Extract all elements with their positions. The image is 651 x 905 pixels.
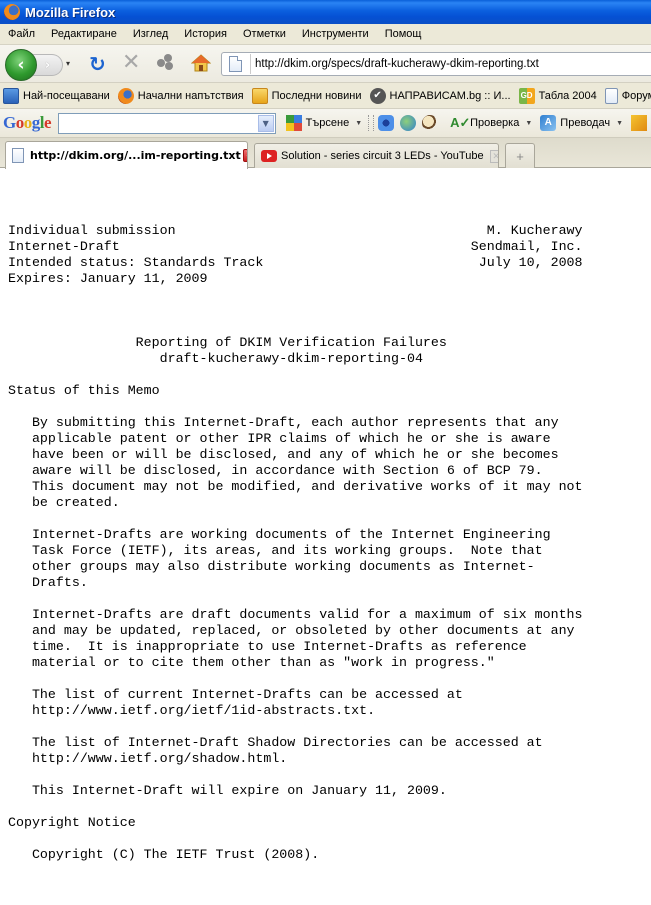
- page-content: Individual submission M. KucherawyIntern…: [0, 169, 651, 905]
- tab-bar: http://dkim.org/...im-reporting.txt ✕ So…: [0, 138, 651, 168]
- section-heading: Status of this Memo: [8, 383, 583, 399]
- paragraph-line: time. It is inappropriate to use Interne…: [8, 639, 583, 655]
- header-line: Expires: January 11, 2009: [8, 271, 583, 287]
- menu-file[interactable]: Файл: [3, 28, 40, 40]
- globe-icon: [400, 115, 416, 131]
- dropdown-arrow-icon[interactable]: ▼: [616, 120, 623, 127]
- rss-icon: [252, 88, 268, 104]
- forward-button[interactable]: ›: [33, 54, 63, 76]
- home-icon[interactable]: [191, 53, 211, 73]
- globe-button[interactable]: [400, 115, 420, 131]
- blank-line: [8, 511, 583, 527]
- close-tab-icon[interactable]: ✕: [243, 149, 248, 162]
- bookmark-tabla-2004[interactable]: GDТабла 2004: [519, 88, 597, 104]
- spell-check-button[interactable]: A✓Проверка▼: [450, 115, 532, 131]
- firefox-icon: [118, 88, 134, 104]
- blank-line: [8, 367, 583, 383]
- dropdown-arrow-icon[interactable]: ▼: [355, 120, 362, 127]
- menu-history[interactable]: История: [179, 28, 232, 40]
- paragraph-line: The list of current Internet-Drafts can …: [8, 687, 583, 703]
- spellcheck-icon: A✓: [450, 115, 466, 131]
- window-title: Mozilla Firefox: [25, 5, 115, 20]
- bookmark-forums[interactable]: Форуми: [605, 88, 651, 104]
- paragraph-line: Internet-Drafts are working documents of…: [8, 527, 583, 543]
- paragraph-line: This document may not be modified, and d…: [8, 479, 583, 495]
- menu-help[interactable]: Помощ: [380, 28, 427, 40]
- magnifier-button[interactable]: [422, 115, 442, 131]
- paragraph-line: The list of Internet-Draft Shadow Direct…: [8, 735, 583, 751]
- gd-icon: GD: [519, 88, 535, 104]
- menu-bookmarks[interactable]: Отметки: [238, 28, 291, 40]
- bookmark-getting-started[interactable]: Начални напътствия: [118, 88, 244, 104]
- menu-bar: Файл Редактиране Изглед История Отметки …: [0, 24, 651, 45]
- page-icon: [229, 56, 242, 72]
- toolbar-grip[interactable]: [368, 115, 374, 131]
- paragraph-line: other groups may also distribute working…: [8, 559, 583, 575]
- dropdown-arrow-icon[interactable]: ▼: [525, 120, 532, 127]
- chevron-down-icon[interactable]: ▼: [258, 115, 274, 132]
- translate-button[interactable]: AПреводач▼: [540, 115, 623, 131]
- google-logo[interactable]: Google: [3, 113, 54, 133]
- menu-tools[interactable]: Инструменти: [297, 28, 374, 40]
- page-icon: [605, 88, 618, 104]
- paragraph-line: This Internet-Draft will expire on Janua…: [8, 783, 583, 799]
- stop-icon[interactable]: ✕: [122, 52, 140, 74]
- back-button[interactable]: ‹: [5, 49, 37, 81]
- tab-dkim-reporting[interactable]: http://dkim.org/...im-reporting.txt ✕: [5, 141, 248, 169]
- paragraph-line: be created.: [8, 495, 583, 511]
- bookmark-most-visited[interactable]: Най-посещавани: [3, 88, 110, 104]
- tab-title: Solution - series circuit 3 LEDs - YouTu…: [281, 150, 484, 162]
- bookmark-latest-headlines[interactable]: Последни новини: [252, 88, 362, 104]
- document-title: Reporting of DKIM Verification Failures: [8, 335, 583, 351]
- paragraph-line: material or to cite them other than as "…: [8, 655, 583, 671]
- history-dropdown-icon[interactable]: ▾: [66, 59, 70, 68]
- paragraph-line: have been or will be disclosed, and any …: [8, 447, 583, 463]
- reload-icon[interactable]: ↻: [89, 54, 106, 74]
- close-tab-icon[interactable]: ✕: [490, 150, 499, 163]
- navigation-toolbar: › ‹ ▾ ↻ ✕ http://dkim.org/specs/draft-ku…: [0, 45, 651, 83]
- tab-title: http://dkim.org/...im-reporting.txt: [30, 149, 241, 162]
- page-icon: [12, 148, 24, 163]
- draft-name: draft-kucherawy-dkim-reporting-04: [8, 351, 583, 367]
- blank-line: [8, 719, 583, 735]
- paragraph-line: http://www.ietf.org/shadow.html.: [8, 751, 583, 767]
- blank-line: [8, 671, 583, 687]
- header-line: Individual submission M. Kucherawy: [8, 223, 583, 239]
- bookmarks-toolbar: Най-посещавани Начални напътствия Послед…: [0, 83, 651, 109]
- tab-youtube[interactable]: Solution - series circuit 3 LEDs - YouTu…: [254, 143, 499, 168]
- new-tab-button[interactable]: +: [505, 143, 535, 168]
- camera-icon: [378, 115, 394, 131]
- paragraph-line: By submitting this Internet-Draft, each …: [8, 415, 583, 431]
- napravisam-icon: ✔: [370, 88, 386, 104]
- blank-line: [8, 287, 583, 303]
- paragraph-line: http://www.ietf.org/ietf/1id-abstracts.t…: [8, 703, 583, 719]
- magnifier-icon: [422, 115, 438, 131]
- url-input[interactable]: http://dkim.org/specs/draft-kucherawy-dk…: [250, 54, 539, 74]
- translate-icon: A: [540, 115, 556, 131]
- google-search-button[interactable]: Търсене▼: [286, 115, 362, 131]
- blank-line: [8, 831, 583, 847]
- blank-line: [8, 799, 583, 815]
- bookmark-napravisam[interactable]: ✔НАПРАВИСАМ.bg :: И...: [370, 88, 511, 104]
- paragraph-line: Task Force (IETF), its areas, and its wo…: [8, 543, 583, 559]
- google-search-icon: [286, 115, 302, 131]
- window-title-bar: Mozilla Firefox: [0, 0, 651, 24]
- pencil-icon: [631, 115, 647, 131]
- blank-line: [8, 591, 583, 607]
- paragraph-line: applicable patent or other IPR claims of…: [8, 431, 583, 447]
- blank-line: [8, 319, 583, 335]
- paragraph-line: Drafts.: [8, 575, 583, 591]
- paragraph-line: Internet-Drafts are draft documents vali…: [8, 607, 583, 623]
- blank-line: [8, 767, 583, 783]
- youtube-icon: [261, 150, 277, 162]
- plain-text-document: Individual submission M. KucherawyIntern…: [8, 223, 583, 863]
- section-heading: Copyright Notice: [8, 815, 583, 831]
- paragraph-line: aware will be disclosed, in accordance w…: [8, 463, 583, 479]
- google-search-input[interactable]: ▼: [58, 113, 276, 134]
- google-toolbar: Google ▼ Търсене▼ A✓Проверка▼ AПреводач▼: [0, 109, 651, 138]
- back-arrow-icon: ‹: [17, 55, 24, 75]
- menu-edit[interactable]: Редактиране: [46, 28, 122, 40]
- copyright-line: Copyright (C) The IETF Trust (2008).: [8, 847, 583, 863]
- header-line: Internet-Draft Sendmail, Inc.: [8, 239, 583, 255]
- forward-arrow-icon: ›: [45, 58, 50, 73]
- plus-icon: +: [516, 149, 524, 164]
- paragraph-line: and may be updated, replaced, or obsolet…: [8, 623, 583, 639]
- camera-button[interactable]: [378, 115, 398, 131]
- addon-icon[interactable]: [157, 54, 175, 72]
- most-visited-icon: [3, 88, 19, 104]
- url-bar[interactable]: http://dkim.org/specs/draft-kucherawy-dk…: [221, 52, 651, 76]
- pencil-button[interactable]: [631, 115, 651, 131]
- firefox-logo-icon: [4, 4, 20, 20]
- blank-line: [8, 399, 583, 415]
- blank-line: [8, 303, 583, 319]
- menu-view[interactable]: Изглед: [128, 28, 173, 40]
- header-line: Intended status: Standards Track July 10…: [8, 255, 583, 271]
